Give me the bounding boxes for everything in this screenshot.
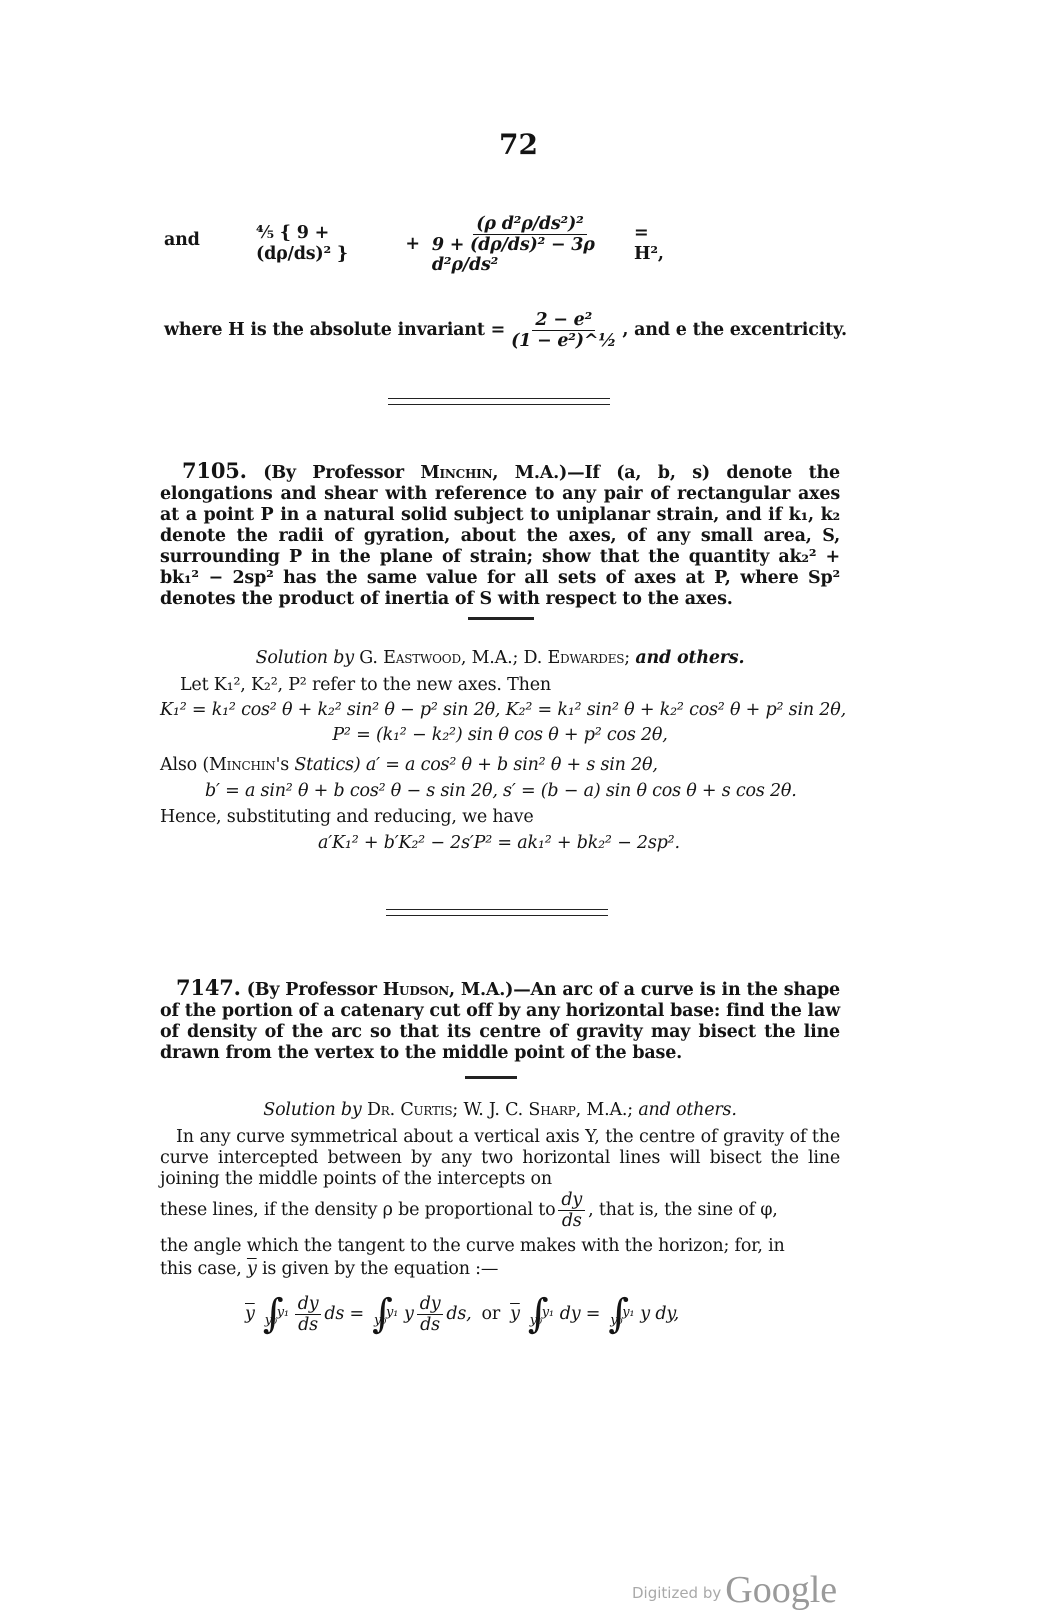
solution-line-7: a′K₁² + b′K₂² − 2s′P² = ak₁² + bk₂² − 2s…: [318, 833, 680, 854]
solution-line-4: Also (Minchin's Statics) a′ = a cos² θ +…: [160, 755, 658, 776]
google-logo: Google: [725, 1569, 837, 1611]
upper-limit: y₁: [386, 1302, 398, 1323]
invariant-denominator: (1 − e²)^½: [508, 331, 619, 351]
author-suffix: , M.A.)—: [492, 463, 584, 483]
y-dy-term: y dy,: [640, 1304, 679, 1325]
page-number: 72: [0, 128, 1037, 161]
equation-rhs: = H²,: [634, 223, 676, 265]
solution-by-label: Solution by: [263, 1100, 361, 1120]
solution-para-3: the angle which the tangent to the curve…: [160, 1236, 850, 1257]
line4-prefix: Also (: [160, 755, 209, 775]
problem-body: If (a, b, s) denote the elongations and …: [160, 463, 840, 609]
solution-line-6: Hence, substituting and reducing, we hav…: [160, 807, 534, 828]
lower-limit: y₀: [530, 1310, 542, 1331]
equation-invariant: ⅘ { 9 + (dρ/ds)² } + (ρ d²ρ/ds²)² 9 + (d…: [256, 196, 676, 292]
short-divider: [468, 617, 534, 620]
author-prefix: (By Professor: [263, 463, 404, 483]
line4-equation: ) a′ = a cos² θ + b sin² θ + s sin 2θ,: [354, 755, 658, 775]
problem-7147: 7147. (By Professor Hudson, M.A.)—An arc…: [160, 977, 840, 1064]
dy-equals: dy =: [560, 1304, 601, 1325]
solution-para-1: In any curve symmetrical about a vertica…: [160, 1127, 840, 1190]
para4-tail: is given by the equation :—: [262, 1259, 498, 1279]
solution-line-1: Let K₁², K₂², P² refer to the new axes. …: [180, 675, 551, 696]
fraction-numerator: dy: [295, 1294, 322, 1315]
solvers: G. Eastwood, M.A.; D. Edwardes;: [359, 648, 630, 668]
line4-book: Statics: [294, 755, 353, 775]
lower-limit: y₀: [374, 1310, 386, 1331]
digitized-by-google-watermark: Digitized byGoogle: [632, 1568, 837, 1612]
or-word: or: [482, 1304, 501, 1325]
fraction-numerator: dy: [417, 1294, 444, 1315]
line4-name: Minchin: [209, 755, 276, 775]
author-name: Hudson: [383, 980, 449, 1000]
invariant-fraction: 2 − e² (1 − e²)^½: [508, 310, 619, 351]
fraction-numerator: dy: [558, 1190, 585, 1211]
invariant-definition: where H is the absolute invariant = 2 − …: [164, 300, 864, 360]
author-prefix: (By Professor: [247, 980, 377, 1000]
dy-ds-fraction: dy ds: [295, 1294, 322, 1335]
and-others: and others.: [638, 1100, 736, 1120]
integral-sign: ∫y₁y₀: [372, 1304, 390, 1325]
short-divider: [465, 1076, 517, 1079]
solution-7105-heading: Solution by G. Eastwood, M.A.; D. Edward…: [160, 648, 840, 669]
para2-text: these lines, if the density ρ be proport…: [160, 1200, 555, 1221]
dy-ds-fraction: dy ds: [417, 1294, 444, 1335]
para4-text: this case,: [160, 1259, 242, 1279]
lower-limit: y₀: [265, 1310, 277, 1331]
equation-fraction: (ρ d²ρ/ds²)² 9 + (dρ/ds)² − 3ρ d²ρ/ds²: [429, 214, 631, 275]
fraction-denominator: ds: [295, 1315, 321, 1335]
equation-lhs: ⅘ { 9 + (dρ/ds)² }: [256, 223, 399, 265]
equation-denominator: 9 + (dρ/ds)² − 3ρ d²ρ/ds²: [429, 235, 631, 275]
upper-limit: y₁: [542, 1302, 554, 1323]
invariant-numerator: 2 − e²: [532, 310, 595, 331]
section-divider: [388, 398, 610, 405]
scanned-page: 72 and ⅘ { 9 + (dρ/ds)² } + (ρ d²ρ/ds²)²…: [0, 0, 1037, 1624]
upper-limit: y₁: [277, 1302, 289, 1323]
section-divider: [386, 909, 608, 916]
problem-7105: 7105. (By Professor Minchin, M.A.)—If (a…: [160, 460, 840, 610]
y-term: y: [404, 1304, 414, 1325]
author-suffix: , M.A.)—: [449, 980, 531, 1000]
integral-sign: ∫y₁y₀: [263, 1304, 281, 1325]
integral-sign: ∫y₁y₀: [608, 1304, 626, 1325]
integral-sign: ∫y₁y₀: [528, 1304, 546, 1325]
excentricity-text: , and e the excentricity.: [622, 320, 847, 341]
invariant-text: where H is the absolute invariant =: [164, 320, 505, 341]
fraction-denominator: ds: [559, 1211, 585, 1231]
ybar: y: [245, 1304, 255, 1325]
solution-para-4: this case, y is given by the equation :—: [160, 1259, 498, 1280]
upper-limit: y₁: [622, 1302, 634, 1323]
ybar-variable: y: [247, 1259, 257, 1279]
solution-para-2: these lines, if the density ρ be proport…: [160, 1190, 850, 1230]
problem-number: 7105.: [182, 458, 247, 483]
and-label: and: [164, 230, 200, 251]
solution-line-2: K₁² = k₁² cos² θ + k₂² sin² θ − p² sin 2…: [160, 700, 850, 721]
lower-limit: y₀: [610, 1310, 622, 1331]
ds-equals: ds =: [324, 1304, 364, 1325]
solution-line-3: P² = (k₁² − k₂²) sin θ cos θ + p² cos 2θ…: [160, 725, 840, 746]
equation-numerator: (ρ d²ρ/ds²)²: [473, 214, 586, 235]
integral-equation: y ∫y₁y₀ dy ds ds = ∫y₁y₀ y dy ds ds, or …: [245, 1278, 679, 1350]
and-others: and others.: [635, 648, 744, 668]
para2-tail: , that is, the sine of φ,: [588, 1200, 778, 1221]
line4-mid: 's: [276, 755, 295, 775]
problem-number: 7147.: [176, 975, 241, 1000]
author-name: Minchin: [420, 463, 492, 483]
solution-line-5: b′ = a sin² θ + b cos² θ − s sin 2θ, s′ …: [205, 781, 797, 802]
watermark-prefix: Digitized by: [632, 1584, 721, 1602]
fraction-denominator: ds: [417, 1315, 443, 1335]
solution-by-label: Solution by: [256, 648, 354, 668]
solution-7147-heading: Solution by Dr. Curtis; W. J. C. Sharp, …: [160, 1100, 840, 1121]
ybar: y: [510, 1304, 520, 1325]
ds-comma: ds,: [446, 1304, 471, 1325]
solvers: Dr. Curtis; W. J. C. Sharp, M.A.;: [367, 1100, 633, 1120]
dy-ds-fraction: dy ds: [558, 1190, 585, 1231]
